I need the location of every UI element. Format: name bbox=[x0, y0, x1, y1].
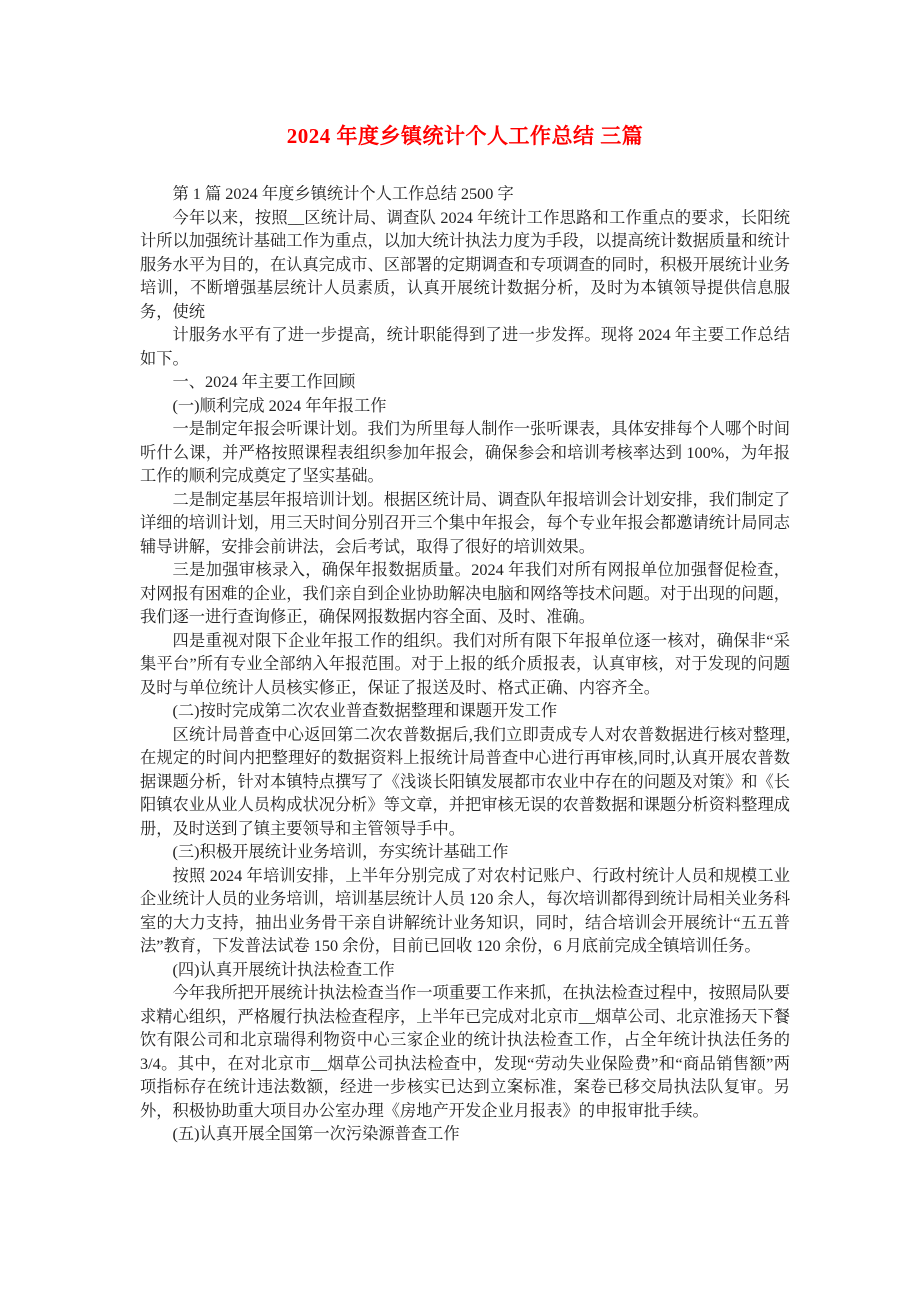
paragraph: 四是重视对限下企业年报工作的组织。我们对所有限下年报单位逐一核对，确保非“采集平… bbox=[140, 630, 790, 701]
paragraph: 第 1 篇 2024 年度乡镇统计个人工作总结 2500 字 bbox=[140, 183, 790, 207]
paragraph: (二)按时完成第二次农业普查数据整理和课题开发工作 bbox=[140, 700, 790, 724]
document-page: 2024 年度乡镇统计个人工作总结 三篇 第 1 篇 2024 年度乡镇统计个人… bbox=[0, 0, 920, 1302]
paragraph: 今年以来，按照__区统计局、调查队 2024 年统计工作思路和工作重点的要求，长… bbox=[140, 207, 790, 325]
paragraph: (一)顺利完成 2024 年年报工作 bbox=[140, 395, 790, 419]
paragraph: 二是制定基层年报培训计划。根据区统计局、调查队年报培训会计划安排，我们制定了详细… bbox=[140, 489, 790, 560]
paragraph: 今年我所把开展统计执法检查当作一项重要工作来抓，在执法检查过程中，按照局队要求精… bbox=[140, 982, 790, 1123]
paragraph: (三)积极开展统计业务培训，夯实统计基础工作 bbox=[140, 841, 790, 865]
document-title: 2024 年度乡镇统计个人工作总结 三篇 bbox=[140, 121, 790, 151]
paragraph: 一是制定年报会听课计划。我们为所里每人制作一张听课表，具体安排每个人哪个时间听什… bbox=[140, 418, 790, 489]
paragraph: 计服务水平有了进一步提高，统计职能得到了进一步发挥。现将 2024 年主要工作总… bbox=[140, 324, 790, 371]
paragraph: 按照 2024 年培训安排，上半年分别完成了对农村记账户、行政村统计人员和规模工… bbox=[140, 865, 790, 959]
document-body: 第 1 篇 2024 年度乡镇统计个人工作总结 2500 字今年以来，按照__区… bbox=[140, 183, 790, 1147]
paragraph: 区统计局普查中心返回第二次农普数据后,我们立即责成专人对农普数据进行核对整理,在… bbox=[140, 724, 790, 842]
paragraph: 三是加强审核录入，确保年报数据质量。2024 年我们对所有网报单位加强督促检查，… bbox=[140, 559, 790, 630]
paragraph: 一、2024 年主要工作回顾 bbox=[140, 371, 790, 395]
paragraph: (四)认真开展统计执法检查工作 bbox=[140, 959, 790, 983]
paragraph: (五)认真开展全国第一次污染源普查工作 bbox=[140, 1123, 790, 1147]
